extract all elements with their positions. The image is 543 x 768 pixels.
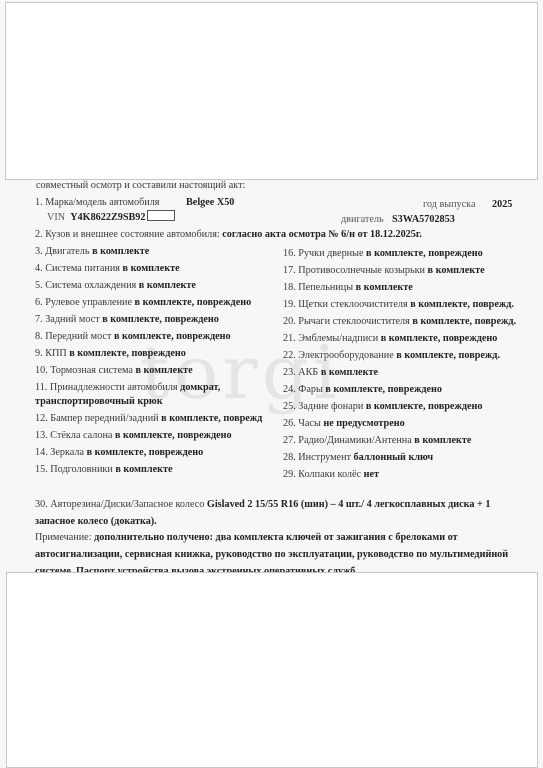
note-label: Примечание: xyxy=(35,532,94,543)
checklist-item: 4. Система питания в комплекте xyxy=(35,260,180,277)
checklist-item: 10. Тормозная система в комплекте xyxy=(35,362,193,379)
item-value: в комплекте, повреждено xyxy=(102,314,219,325)
item-label: 4. Система питания xyxy=(35,263,123,274)
checklist-item: транспортировочный крюк xyxy=(35,393,163,410)
checklist-item: 6. Рулевое управление в комплекте, повре… xyxy=(35,294,251,311)
item-value: в комплекте, повреждено xyxy=(366,248,483,259)
item-label: 24. Фары xyxy=(283,384,325,395)
item-label: 9. КПП xyxy=(35,348,69,359)
item-value: нет xyxy=(364,469,379,480)
checklist-item: 7. Задний мост в комплекте, повреждено xyxy=(35,311,219,328)
item-label: 18. Пепельницы xyxy=(283,282,356,293)
item-value: в комплекте, поврежд xyxy=(161,413,262,424)
vin-value: Y4K8622Z9SB92 xyxy=(70,212,145,223)
redacted-area-bottom xyxy=(6,572,538,768)
item-value: в комплекте, повреждено xyxy=(114,331,231,342)
item-value: в комплекте xyxy=(139,280,196,291)
redacted-area-top xyxy=(5,2,538,180)
item-label: 26. Часы xyxy=(283,418,323,429)
item-label: 10. Тормозная система xyxy=(35,365,135,376)
checklist-item: 16. Ручки дверные в комплекте, поврежден… xyxy=(283,245,483,262)
item-label: 12. Бампер передний/задний xyxy=(35,413,161,424)
item-value: в комплекте xyxy=(135,365,192,376)
vin-redacted-box xyxy=(147,210,175,221)
car-model: Belgee X50 xyxy=(186,194,234,211)
item-label: 20. Рычаги стеклоочистителя xyxy=(283,316,412,327)
item-value: в комплекте xyxy=(321,367,378,378)
checklist-item: 22. Электрооборудование в комплекте, пов… xyxy=(283,347,500,364)
item-label: 28. Инструмент xyxy=(283,452,354,463)
checklist-item: 9. КПП в комплекте, повреждено xyxy=(35,345,186,362)
item-value: в комплекте, повреждено xyxy=(87,447,204,458)
item-value: в комплекте xyxy=(115,464,172,475)
item-2: 2. Кузов и внешнее состояние автомобиля:… xyxy=(35,226,422,243)
note-value: дополнительно получено: два комплекта кл… xyxy=(35,532,508,577)
checklist-item: 19. Щетки стеклоочистителя в комплекте, … xyxy=(283,296,514,313)
checklist-item: 23. АКБ в комплекте xyxy=(283,364,378,381)
checklist-item: 12. Бампер передний/задний в комплекте, … xyxy=(35,410,262,427)
item-value: транспортировочный крюк xyxy=(35,396,163,407)
item-value: в комплекте xyxy=(428,265,485,276)
checklist-item: 18. Пепельницы в комплекте xyxy=(283,279,413,296)
item-label: 13. Стёкла салона xyxy=(35,430,115,441)
item-label: 19. Щетки стеклоочистителя xyxy=(283,299,410,310)
checklist-item: 8. Передний мост в комплекте, повреждено xyxy=(35,328,231,345)
checklist-item: 13. Стёкла салона в комплекте, поврежден… xyxy=(35,427,232,444)
item-value: в комплекте xyxy=(414,435,471,446)
checklist-item: 14. Зеркала в комплекте, повреждено xyxy=(35,444,203,461)
year-value: 2025 xyxy=(492,196,512,213)
checklist-item: 15. Подголовники в комплекте xyxy=(35,461,173,478)
item-label: 27. Радио/Динамики/Антенна xyxy=(283,435,414,446)
item-30: 30. Авторезина/Диски/Запасное колесо Gis… xyxy=(35,496,515,530)
checklist-item: 3. Двигатель в комплекте xyxy=(35,243,149,260)
checklist-item: 20. Рычаги стеклоочистителя в комплекте,… xyxy=(283,313,516,330)
item-value: в комплекте, поврежд. xyxy=(396,350,500,361)
item-label: 29. Колпаки колёс xyxy=(283,469,364,480)
item-label: 7. Задний мост xyxy=(35,314,102,325)
item-label: 3. Двигатель xyxy=(35,246,92,257)
item-label: 11. Принадлежности автомобиля xyxy=(35,382,180,393)
checklist-item: 17. Противосолнечные козырьки в комплект… xyxy=(283,262,485,279)
item-value: в комплекте, поврежд. xyxy=(412,316,516,327)
item-value: баллонный ключ xyxy=(354,452,434,463)
checklist-item: 24. Фары в комплекте, повреждено xyxy=(283,381,442,398)
item-value: в комплекте xyxy=(356,282,413,293)
intro-text: совместный осмотр и составили настоящий … xyxy=(36,177,245,194)
item-label: 5. Система охлаждения xyxy=(35,280,139,291)
checklist-item: 29. Колпаки колёс нет xyxy=(283,466,379,483)
item-value: в комплекте, поврежд. xyxy=(410,299,514,310)
checklist-item: 28. Инструмент баллонный ключ xyxy=(283,449,433,466)
checklist-item: 25. Задние фонари в комплекте, поврежден… xyxy=(283,398,482,415)
item-value: в комплекте, повреждено xyxy=(69,348,186,359)
item-label: 21. Эмблемы/надписи xyxy=(283,333,381,344)
item-label: 8. Передний мост xyxy=(35,331,114,342)
item-label: 17. Противосолнечные козырьки xyxy=(283,265,428,276)
item-value: в комплекте, повреждено xyxy=(115,430,232,441)
item-value: в комплекте xyxy=(123,263,180,274)
item-value: домкрат, xyxy=(180,382,220,393)
checklist-item: 21. Эмблемы/надписи в комплекте, поврежд… xyxy=(283,330,497,347)
item-2-label: 2. Кузов и внешнее состояние автомобиля: xyxy=(35,229,220,240)
item-value: в комплекте xyxy=(92,246,149,257)
item-label: 6. Рулевое управление xyxy=(35,297,135,308)
vin-label: VIN xyxy=(47,212,65,223)
item-label: 16. Ручки дверные xyxy=(283,248,366,259)
checklist-item: 5. Система охлаждения в комплекте xyxy=(35,277,196,294)
item-2-value: согласно акта осмотра № 6/н от 18.12.202… xyxy=(222,229,422,240)
item-label: 22. Электрооборудование xyxy=(283,350,396,361)
vin-row: VIN Y4K8622Z9SB92 xyxy=(47,209,175,226)
item-value: в комплекте, повреждено xyxy=(325,384,442,395)
item-label: 25. Задние фонари xyxy=(283,401,366,412)
checklist-item: 27. Радио/Динамики/Антенна в комплекте xyxy=(283,432,471,449)
checklist-item: 26. Часы не предусмотрено xyxy=(283,415,405,432)
item-label: 14. Зеркала xyxy=(35,447,87,458)
item-value: в комплекте, повреждено xyxy=(366,401,483,412)
item-label: 23. АКБ xyxy=(283,367,321,378)
item-value: в комплекте, повреждено xyxy=(135,297,252,308)
item-30-label: 30. Авторезина/Диски/Запасное колесо xyxy=(35,499,207,510)
item-value: не предусмотрено xyxy=(323,418,404,429)
item-value: в комплекте, повреждено xyxy=(381,333,498,344)
item-label: 15. Подголовники xyxy=(35,464,115,475)
